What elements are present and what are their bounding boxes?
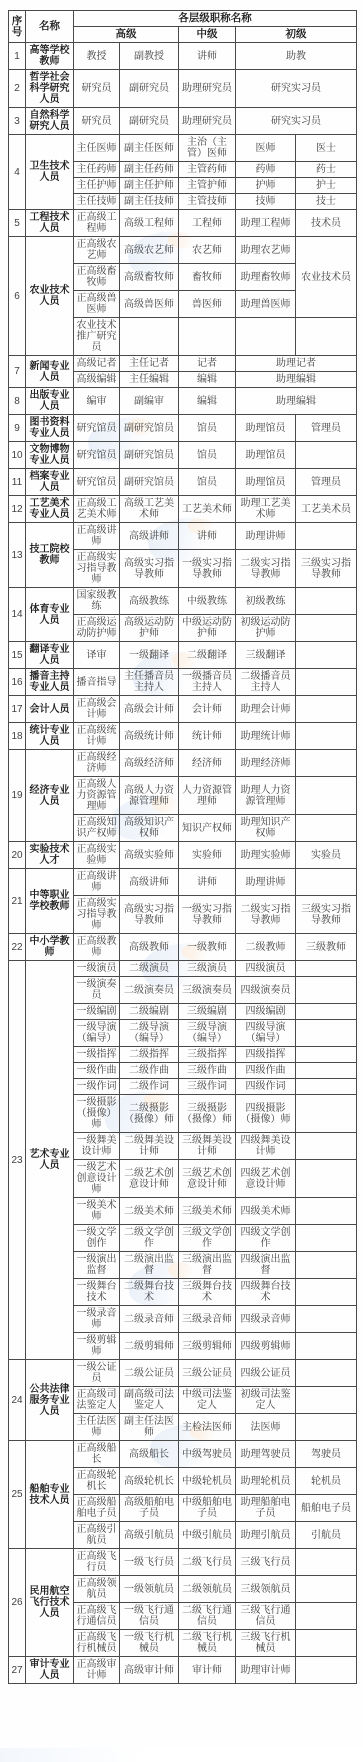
title-cell: 一级翻译 — [120, 642, 179, 669]
title-cell: 主管药师 — [179, 162, 236, 178]
title-cell — [296, 1576, 357, 1603]
title-cell: 二级教师 — [236, 934, 296, 961]
serial-cell: 27 — [9, 1657, 26, 1684]
table-row: 14体育专业人员国家级教练高级教练中级教练初级教练 — [9, 588, 357, 615]
title-cell: 高级船舶电子员 — [120, 1495, 179, 1522]
table-row: 9图书资料专业人员研究馆员副研究馆员馆员助理馆员管理员 — [9, 415, 357, 442]
title-cell: 人力资源管理师 — [179, 777, 236, 815]
title-cell — [296, 1047, 357, 1063]
title-cell — [296, 1630, 357, 1657]
title-cell: 知识产权师 — [179, 815, 236, 842]
title-cell: 高级实习指导教师 — [120, 896, 179, 934]
title-cell: 高级编辑 — [74, 372, 120, 388]
title-cell: 药师 — [236, 162, 296, 178]
title-cell — [296, 1020, 357, 1047]
title-cell: 高级记者 — [74, 356, 120, 372]
header-cell: 高级 — [74, 27, 179, 43]
title-cell: 二级剪辑师 — [120, 1333, 179, 1360]
title-cell: 正高级人力资源管理师 — [74, 777, 120, 815]
title-cell — [296, 723, 357, 750]
title-cell: 二级翻译 — [179, 642, 236, 669]
name-cell: 经济专业人员 — [26, 750, 74, 842]
title-cell — [296, 318, 357, 356]
title-cell: 正高级畜牧师 — [74, 264, 120, 291]
name-cell: 播音主持专业人员 — [26, 669, 74, 696]
serial-cell: 11 — [9, 469, 26, 496]
title-cell: 正高级领航员 — [74, 1576, 120, 1603]
title-cell: 实验师 — [179, 842, 236, 869]
title-cell: 助理农艺师 — [236, 237, 296, 264]
title-cell: 三级导演（编导） — [179, 1020, 236, 1047]
title-cell: 三级编剧 — [179, 1004, 236, 1020]
title-cell: 研究馆员 — [74, 442, 120, 469]
title-cell: 高级统计师 — [120, 723, 179, 750]
title-cell — [296, 1306, 357, 1333]
title-cell: 研究实习员 — [236, 108, 357, 135]
title-cell: 三级实习指导教师 — [296, 550, 357, 588]
title-cell: 副主任法医师 — [120, 1414, 179, 1441]
title-cell: 农业技术推广研究员 — [74, 318, 120, 356]
name-cell: 民用航空飞行技术人员 — [26, 1549, 74, 1657]
title-cell: 四级舞台技术 — [236, 1279, 296, 1306]
title-cell: 二级美术师 — [120, 1198, 179, 1225]
title-cell: 研究员 — [74, 70, 120, 108]
title-cell: 二级摄影（摄像）师 — [120, 1095, 179, 1133]
title-cell — [296, 1133, 357, 1160]
serial-cell: 2 — [9, 70, 26, 108]
table-row: 1高等学校教师教授副教授讲师助教 — [9, 43, 357, 70]
title-cell: 正高级实习指导教师 — [74, 896, 120, 934]
serial-cell: 26 — [9, 1549, 26, 1657]
title-cell: 正高级工程师 — [74, 210, 120, 237]
serial-cell: 8 — [9, 388, 26, 415]
title-cell: 一级录音师 — [74, 1306, 120, 1333]
table-row: 8出版专业人员编审副编审编辑助理编辑 — [9, 388, 357, 415]
title-cell: 经济师 — [179, 750, 236, 777]
serial-cell: 12 — [9, 496, 26, 523]
title-cell: 一级舞台技术 — [74, 1279, 120, 1306]
title-cell: 主管技师 — [179, 194, 236, 210]
title-cell: 高级会计师 — [120, 696, 179, 723]
serial-cell: 7 — [9, 356, 26, 388]
title-cell — [296, 1603, 357, 1630]
title-cell: 二级演奏员 — [120, 977, 179, 1004]
title-cell: 高级经济师 — [120, 750, 179, 777]
title-cell: 中级教练 — [179, 588, 236, 615]
table-row: 23艺术专业人员一级演员二级演员三级演员四级演员 — [9, 961, 357, 977]
title-cell: 主任法医师 — [74, 1414, 120, 1441]
title-cell — [296, 1252, 357, 1279]
title-cell: 编辑 — [179, 372, 236, 388]
title-cell: 正高级农艺师 — [74, 237, 120, 264]
title-cell: 中级船舶电子员 — [179, 1495, 236, 1522]
title-cell — [296, 961, 357, 977]
table-row: 26民用航空飞行技术人员正高级飞行员一级飞行员二级飞行员三级飞行员 — [9, 1549, 357, 1576]
name-cell: 卫生技术人员 — [26, 135, 74, 210]
title-cell: 正高级飞行机械员 — [74, 1630, 120, 1657]
title-cell — [296, 696, 357, 723]
title-cell — [179, 318, 236, 356]
title-cell: 主任药师 — [74, 162, 120, 178]
name-cell: 中小学教师 — [26, 934, 74, 961]
title-cell: 馆员 — [179, 442, 236, 469]
title-cell: 助理引航员 — [236, 1522, 296, 1549]
title-cell — [296, 815, 357, 842]
header-row: 序号名称各层级职称名称 — [9, 11, 357, 27]
title-cell: 主检法医师 — [179, 1414, 236, 1441]
title-cell: 助理记者 — [236, 356, 357, 372]
title-cell: 助理畜牧师 — [236, 264, 296, 291]
name-cell: 统计专业人员 — [26, 723, 74, 750]
title-cell: 副主任医师 — [120, 135, 179, 162]
title-cell: 三级剪辑师 — [179, 1333, 236, 1360]
title-cell: 初级运动防护师 — [236, 615, 296, 642]
table-row: 12工艺美术专业人员正高级工艺美术师高级工艺美术师工艺美术师助理工艺美术师工艺美… — [9, 496, 357, 523]
title-cell: 讲师 — [179, 869, 236, 896]
title-cell: 三级实习指导教师 — [296, 896, 357, 934]
title-cell: 三级舞美设计师 — [179, 1133, 236, 1160]
name-cell: 工艺美术专业人员 — [26, 496, 74, 523]
serial-cell: 10 — [9, 442, 26, 469]
title-cell: 助理船舶电子员 — [236, 1495, 296, 1522]
name-cell: 实验技术人才 — [26, 842, 74, 869]
title-cell: 主任记者 — [120, 356, 179, 372]
title-cell: 护士 — [296, 178, 357, 194]
title-cell: 二级飞行员 — [179, 1549, 236, 1576]
title-cell: 三级演出监督 — [179, 1252, 236, 1279]
title-cell: 药士 — [296, 162, 357, 178]
title-cell: 四级文学创作 — [236, 1225, 296, 1252]
title-cell: 一级播音员主持人 — [179, 669, 236, 696]
title-cell: 一级剪辑师 — [74, 1333, 120, 1360]
title-cell: 一级实习指导教师 — [179, 550, 236, 588]
title-cell: 三级飞行员 — [236, 1549, 296, 1576]
serial-cell: 24 — [9, 1360, 26, 1441]
table-row: 4卫生技术人员主任医师副主任医师主治（主管）医师医师医士 — [9, 135, 357, 162]
title-cell: 馆员 — [179, 469, 236, 496]
title-cell: 高级畜牧师 — [120, 264, 179, 291]
title-cell — [296, 1549, 357, 1576]
title-cell: 主治（主管）医师 — [179, 135, 236, 162]
serial-cell: 3 — [9, 108, 26, 135]
title-cell: 讲师 — [179, 43, 236, 70]
title-cell: 二级文学创作 — [120, 1225, 179, 1252]
serial-cell: 18 — [9, 723, 26, 750]
serial-cell: 23 — [9, 961, 26, 1360]
name-cell: 档案专业人员 — [26, 469, 74, 496]
title-cell: 三级美术师 — [179, 1198, 236, 1225]
title-cell: 二级飞行通信员 — [179, 1603, 236, 1630]
title-cell: 二级导演（编导） — [120, 1020, 179, 1047]
title-cell: 中级引航员 — [179, 1522, 236, 1549]
title-cell: 高级讲师 — [120, 869, 179, 896]
title-cell: 一级艺术创意设计师 — [74, 1160, 120, 1198]
title-cell: 四级摄影（摄像）师 — [236, 1095, 296, 1133]
title-cell: 一级公证员 — [74, 1360, 120, 1387]
name-cell: 图书资料专业人员 — [26, 415, 74, 442]
title-cell: 讲师 — [179, 523, 236, 550]
table-row: 7新闻专业人员高级记者主任记者记者助理记者 — [9, 356, 357, 372]
table-row: 22中小学教师正高级教师高级教师一级教师二级教师三级教师 — [9, 934, 357, 961]
title-cell — [296, 1414, 357, 1441]
title-cell: 高级审计师 — [120, 1657, 179, 1684]
title-cell: 主任护师 — [74, 178, 120, 194]
title-cell: 主任医师 — [74, 135, 120, 162]
title-cell: 管理员 — [296, 469, 357, 496]
title-cell: 助理编辑 — [236, 372, 357, 388]
title-cell: 二级演出监督 — [120, 1252, 179, 1279]
title-cell: 三级公证员 — [179, 1360, 236, 1387]
title-cell: 正高级讲师 — [74, 869, 120, 896]
title-cell: 一级作曲 — [74, 1063, 120, 1079]
title-cell: 助理工程师 — [236, 210, 296, 237]
table-row: 13技工院校教师正高级讲师高级讲师讲师助理讲师 — [9, 523, 357, 550]
title-cell: 正高级飞行员 — [74, 1549, 120, 1576]
title-cell: 助理研究员 — [179, 108, 236, 135]
name-cell: 农业技术人员 — [26, 237, 74, 356]
title-cell: 助理工艺美术师 — [236, 496, 296, 523]
title-cell — [296, 1095, 357, 1133]
title-cell: 农业技术员 — [296, 237, 357, 318]
title-cell: 三级作曲 — [179, 1063, 236, 1079]
title-cell: 医师 — [236, 135, 296, 162]
title-cell: 正高级实习指导教师 — [74, 550, 120, 588]
title-cell: 一级舞美设计师 — [74, 1133, 120, 1160]
table-row: 11档案专业人员研究馆员副研究馆员馆员助理馆员管理员 — [9, 469, 357, 496]
title-cell: 四级剪辑师 — [236, 1333, 296, 1360]
title-cell — [236, 318, 296, 356]
name-cell: 工程技术人员 — [26, 210, 74, 237]
title-cell: 正高级实验师 — [74, 842, 120, 869]
title-cell: 编审 — [74, 388, 120, 415]
page-bottom-edge — [0, 1748, 363, 1762]
title-cell — [296, 750, 357, 777]
title-cell: 研究员 — [74, 108, 120, 135]
title-cell: 二级艺术创意设计师 — [120, 1160, 179, 1198]
title-cell: 副编审 — [120, 388, 179, 415]
name-cell: 船舶专业技术人员 — [26, 1441, 74, 1549]
title-cell: 二级播音员主持人 — [236, 669, 296, 696]
title-cell: 正高级会计师 — [74, 696, 120, 723]
table-row: 2哲学社会科学研究人员研究员副研究员助理研究员研究实习员 — [9, 70, 357, 108]
title-cell: 编辑 — [179, 388, 236, 415]
serial-cell: 19 — [9, 750, 26, 842]
title-cell: 工程师 — [179, 210, 236, 237]
title-cell: 译审 — [74, 642, 120, 669]
title-cell: 农艺师 — [179, 237, 236, 264]
title-cell: 高级实习指导教师 — [120, 550, 179, 588]
title-cell: 四级编剧 — [236, 1004, 296, 1020]
title-cell — [296, 442, 357, 469]
title-cell: 三级飞行机械员 — [236, 1630, 296, 1657]
header-cell: 序号 — [9, 11, 26, 43]
name-cell: 会计人员 — [26, 696, 74, 723]
title-cell: 正高级司法鉴定人 — [74, 1387, 120, 1414]
title-cell: 馆员 — [179, 415, 236, 442]
title-cell: 高级工程师 — [120, 210, 179, 237]
title-cell: 四级作词 — [236, 1079, 296, 1095]
title-cell: 一级作词 — [74, 1079, 120, 1095]
title-cell: 工艺美术员 — [296, 496, 357, 523]
title-cell: 助理研究员 — [179, 70, 236, 108]
title-cell: 副教授 — [120, 43, 179, 70]
title-cell: 四级导演（编导） — [236, 1020, 296, 1047]
title-cell: 护师 — [236, 178, 296, 194]
title-cell: 副主任护师 — [120, 178, 179, 194]
title-cell: 教授 — [74, 43, 120, 70]
title-cell: 中级司法鉴定人 — [179, 1387, 236, 1414]
title-cell: 正高级讲师 — [74, 523, 120, 550]
title-cell — [296, 1657, 357, 1684]
document-page: 序号名称各层级职称名称高级中级初级 1高等学校教师教授副教授讲师助教2哲学社会科… — [0, 0, 363, 1762]
serial-cell: 20 — [9, 842, 26, 869]
title-cell: 三级作词 — [179, 1079, 236, 1095]
title-cell: 畜牧师 — [179, 264, 236, 291]
title-cell: 研究实习员 — [236, 70, 357, 108]
title-cell: 正高级审计师 — [74, 1657, 120, 1684]
title-cell — [296, 1079, 357, 1095]
title-cell — [296, 588, 357, 615]
table-row: 17会计人员正高级会计师高级会计师会计师助理会计师 — [9, 696, 357, 723]
title-cell: 三级飞行通信员 — [236, 1603, 296, 1630]
title-cell: 驾驶员 — [296, 1441, 357, 1468]
title-cell: 四级演奏员 — [236, 977, 296, 1004]
title-cell: 助理轮机员 — [236, 1468, 296, 1495]
title-cell: 一级飞行机械员 — [120, 1630, 179, 1657]
serial-cell: 15 — [9, 642, 26, 669]
title-cell — [296, 977, 357, 1004]
name-cell: 审计专业人员 — [26, 1657, 74, 1684]
serial-cell: 25 — [9, 1441, 26, 1549]
table-row: 10文物博物专业人员研究馆员副研究馆员馆员助理馆员 — [9, 442, 357, 469]
serial-cell: 17 — [9, 696, 26, 723]
title-cell — [296, 1198, 357, 1225]
title-cell: 正高级知识产权师 — [74, 815, 120, 842]
title-cell: 工艺美术师 — [179, 496, 236, 523]
title-cell: 引航员 — [296, 1522, 357, 1549]
title-cell: 三级翻译 — [236, 642, 296, 669]
title-cell: 三级文学创作 — [179, 1225, 236, 1252]
title-cell: 中级驾驶员 — [179, 1441, 236, 1468]
title-cell: 统计师 — [179, 723, 236, 750]
title-cell: 副研究员 — [120, 70, 179, 108]
name-cell: 文物博物专业人员 — [26, 442, 74, 469]
name-cell: 技工院校教师 — [26, 523, 74, 588]
name-cell: 公共法律服务专业人员 — [26, 1360, 74, 1441]
title-cell: 三级录音师 — [179, 1306, 236, 1333]
title-cell: 副主任技师 — [120, 194, 179, 210]
title-cell: 正高级飞行通信员 — [74, 1603, 120, 1630]
title-cell: 主任播音员主持人 — [120, 669, 179, 696]
title-cell: 轮机员 — [296, 1468, 357, 1495]
title-cell — [296, 669, 357, 696]
title-cell: 二级飞行机械员 — [179, 1630, 236, 1657]
title-cell: 助教 — [236, 43, 357, 70]
name-cell: 出版专业人员 — [26, 388, 74, 415]
table-row: 6农业技术人员正高级农艺师高级农艺师农艺师助理农艺师农业技术员 — [9, 237, 357, 264]
title-cell: 副研究馆员 — [120, 442, 179, 469]
title-cell — [296, 1333, 357, 1360]
title-cell: 法医师 — [236, 1414, 296, 1441]
title-cell: 二级公证员 — [120, 1360, 179, 1387]
name-cell: 新闻专业人员 — [26, 356, 74, 388]
title-cell: 一级编剧 — [74, 1004, 120, 1020]
table-header: 序号名称各层级职称名称高级中级初级 — [9, 11, 357, 43]
title-cell: 高级实验师 — [120, 842, 179, 869]
title-cell: 初级教练 — [236, 588, 296, 615]
title-cell: 国家级教练 — [74, 588, 120, 615]
title-cell: 一级演员 — [74, 961, 120, 977]
title-cell — [296, 1225, 357, 1252]
serial-cell: 22 — [9, 934, 26, 961]
title-cell: 正高级运动防护师 — [74, 615, 120, 642]
title-cell: 助理讲师 — [236, 869, 296, 896]
title-cell: 二级舞台技术 — [120, 1279, 179, 1306]
title-cell: 高级引航员 — [120, 1522, 179, 1549]
name-cell: 体育专业人员 — [26, 588, 74, 642]
title-cell: 会计师 — [179, 696, 236, 723]
title-cell: 助理会计师 — [236, 696, 296, 723]
title-cell: 高级人力资源管理师 — [120, 777, 179, 815]
title-cell: 四级美术师 — [236, 1198, 296, 1225]
title-cell: 高级兽医师 — [120, 291, 179, 318]
title-cell: 二级舞美设计师 — [120, 1133, 179, 1160]
name-cell: 高等学校教师 — [26, 43, 74, 70]
title-cell: 三级舞台技术 — [179, 1279, 236, 1306]
title-cell: 主管护师 — [179, 178, 236, 194]
title-cell — [296, 615, 357, 642]
title-cell: 研究馆员 — [74, 415, 120, 442]
title-cell: 一级演出监督 — [74, 1252, 120, 1279]
title-cell: 四级演出监督 — [236, 1252, 296, 1279]
title-cell: 中级轮机员 — [179, 1468, 236, 1495]
title-cell: 高级工艺美术师 — [120, 496, 179, 523]
title-cell: 副研究馆员 — [120, 469, 179, 496]
title-cell — [296, 777, 357, 815]
table-row: 15翻译专业人员译审一级翻译二级翻译三级翻译 — [9, 642, 357, 669]
title-cell: 三级教师 — [296, 934, 357, 961]
title-cell: 技士 — [296, 194, 357, 210]
title-cell: 技术员 — [296, 210, 357, 237]
title-cell: 二级录音师 — [120, 1306, 179, 1333]
title-cell: 三级演奏员 — [179, 977, 236, 1004]
title-cell: 初级司法鉴定人 — [236, 1387, 296, 1414]
title-cell: 高级教师 — [120, 934, 179, 961]
title-cell: 三级领航员 — [236, 1576, 296, 1603]
serial-cell: 9 — [9, 415, 26, 442]
titles-table: 序号名称各层级职称名称高级中级初级 1高等学校教师教授副教授讲师助教2哲学社会科… — [8, 10, 357, 1684]
name-cell: 中等职业学校教师 — [26, 869, 74, 934]
serial-cell: 16 — [9, 669, 26, 696]
title-cell — [120, 318, 179, 356]
title-cell: 主任技师 — [74, 194, 120, 210]
title-cell: 正高级船舶电子员 — [74, 1495, 120, 1522]
title-cell: 助理讲师 — [236, 523, 296, 550]
title-cell: 高级讲师 — [120, 523, 179, 550]
title-cell: 副研究员 — [120, 108, 179, 135]
title-cell — [296, 523, 357, 550]
title-cell: 一级导演（编导） — [74, 1020, 120, 1047]
serial-cell: 13 — [9, 523, 26, 588]
title-cell: 研究馆员 — [74, 469, 120, 496]
title-cell: 船舶电子员 — [296, 1495, 357, 1522]
title-cell — [296, 1279, 357, 1306]
table-body: 1高等学校教师教授副教授讲师助教2哲学社会科学研究人员研究员副研究员助理研究员研… — [9, 43, 357, 1684]
title-cell: 二级编剧 — [120, 1004, 179, 1020]
serial-cell: 1 — [9, 43, 26, 70]
name-cell: 哲学社会科学研究人员 — [26, 70, 74, 108]
title-cell: 四级演员 — [236, 961, 296, 977]
